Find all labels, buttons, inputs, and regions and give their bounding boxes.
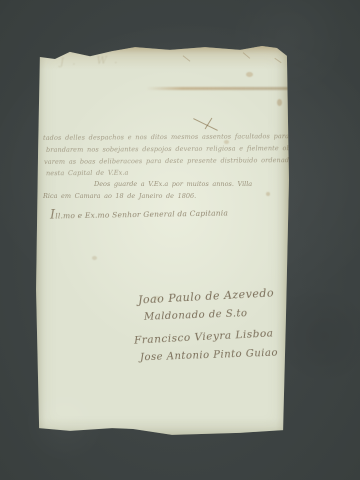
foxing-spot — [266, 192, 270, 196]
showthrough-tick-icon — [243, 52, 251, 59]
showthrough-tick-icon — [274, 58, 281, 63]
address-line: Ill.mo e Ex.mo Senhor General da Capitan… — [50, 204, 228, 222]
signature-2: Maldonado de S.to — [144, 308, 248, 323]
signature-1: Joao Paulo de Azevedo — [138, 286, 275, 306]
foxing-spot — [246, 72, 253, 77]
body-text-line: tados delles despachos e nos ditos mesmo… — [43, 132, 301, 142]
fold-stain-line — [146, 87, 292, 90]
foxing-spot — [277, 99, 282, 106]
signature-4: Jose Antonio Pinto Guiao — [140, 348, 278, 364]
foxing-spot — [92, 256, 97, 260]
showthrough-tick-icon — [183, 55, 191, 61]
body-text-line: brandarem nos sobejantes despojos devera… — [46, 144, 301, 154]
closing-line: Rica em Camara ao 18 de Janeiro de 1806. — [43, 192, 196, 200]
paper-edge-shading — [34, 44, 290, 438]
showthrough-marks: J. W. — [60, 55, 127, 68]
photo-background: J. W. tados delles despachos e nos ditos… — [0, 0, 360, 480]
signature-3: Francisco Vieyra Lisboa — [134, 327, 274, 346]
closing-line: Deos guarde a V.Ex.a por muitos annos. V… — [94, 180, 252, 188]
body-text-line: nesta Capital de V.Ex.a — [46, 169, 129, 178]
body-text-line: varem as boas deliberacoes para deste pr… — [44, 156, 293, 166]
document-paper: J. W. tados delles despachos e nos ditos… — [34, 44, 290, 438]
